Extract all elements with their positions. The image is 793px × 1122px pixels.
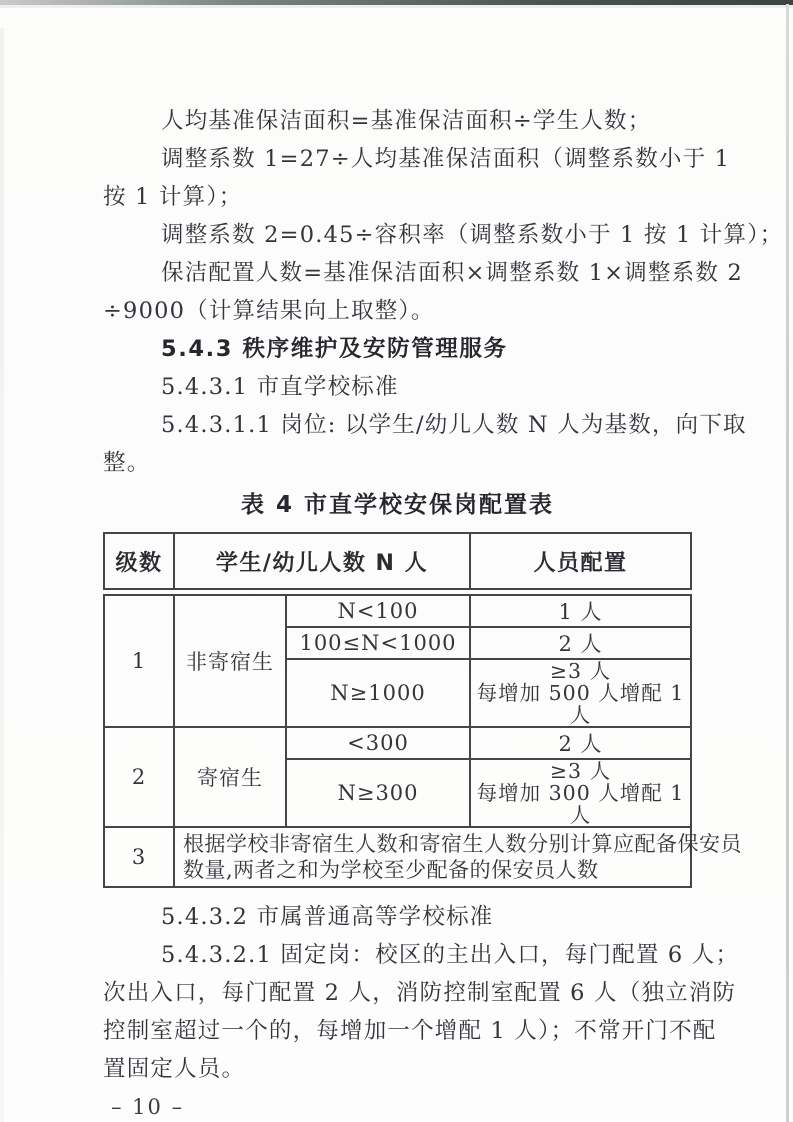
cell-range-r2c1: <300 [286, 727, 470, 759]
header-cell-staffing: 人员配置 [470, 533, 691, 589]
scan-top-highlight [0, 5, 793, 8]
scan-left-edge [0, 28, 4, 1122]
cell-staff-r2c1: 2 人 [470, 727, 691, 759]
formula-staffing-part1: 保洁配置人数=基准保洁面积×调整系数 1×调整系数 2 [103, 254, 692, 292]
security-staffing-table: 级数 学生/幼儿人数 N 人 人员配置 1 非寄宿生 N<100 1 人 100… [103, 532, 690, 888]
section-title-5432: 5.4.3.2 市属普通高等学校标准 [103, 898, 692, 936]
staff-min-line: ≥3 人 [471, 660, 690, 682]
cell-level-2: 2 [104, 727, 174, 827]
item-54311-line2: 整。 [103, 444, 692, 482]
header-cell-student-count: 学生/幼儿人数 N 人 [174, 533, 470, 589]
formula-staffing-part2: ÷9000（计算结果向上取整）。 [103, 292, 692, 330]
cell-level-3: 3 [104, 827, 174, 887]
scan-right-edge [786, 4, 789, 1122]
cell-category-boarding: 寄宿生 [174, 727, 286, 827]
cell-staff-r1c2: 2 人 [470, 627, 691, 659]
cell-range-r2c2: N≥300 [286, 759, 470, 827]
staff-increment-line: 每增加 500 人增配 1 人 [471, 682, 690, 726]
cell-staff-r1c1: 1 人 [470, 595, 691, 627]
item-54321-line4: 置固定人员。 [103, 1050, 692, 1088]
table4-title: 表 4 市直学校安保岗配置表 [103, 486, 692, 524]
page-number: – 10 – [103, 1092, 692, 1122]
formula-coefficient2: 调整系数 2=0.45÷容积率（调整系数小于 1 按 1 计算）； [103, 216, 692, 254]
cell-level-1: 1 [104, 595, 174, 727]
note-line1: 根据学校非寄宿生人数和寄宿生人数分别计算应配备保安员 [183, 831, 684, 857]
table4-header: 级数 学生/幼儿人数 N 人 人员配置 [103, 532, 692, 590]
document-content: 人均基准保洁面积=基准保洁面积÷学生人数； 调整系数 1=27÷人均基准保洁面积… [103, 102, 692, 1122]
formula-coefficient1-part1: 调整系数 1=27÷人均基准保洁面积（调整系数小于 1 [103, 140, 692, 178]
item-54321-line2: 次出入口，每门配置 2 人，消防控制室配置 6 人（独立消防 [103, 974, 692, 1012]
item-54311-line1: 5.4.3.1.1 岗位: 以学生/幼儿人数 N 人为基数，向下取 [103, 406, 692, 444]
table4-body: 1 非寄宿生 N<100 1 人 100≤N<1000 2 人 N≥1000 ≥… [103, 594, 692, 888]
cell-staff-r1c3: ≥3 人 每增加 500 人增配 1 人 [470, 659, 691, 727]
cell-range-r1c3: N≥1000 [286, 659, 470, 727]
staff-min-line: ≥3 人 [471, 760, 690, 782]
cell-category-nonboarding: 非寄宿生 [174, 595, 286, 727]
cell-staff-r2c2: ≥3 人 每增加 300 人增配 1 人 [470, 759, 691, 827]
section-heading-543: 5.4.3 秩序维护及安防管理服务 [103, 330, 692, 368]
item-54321-line3: 控制室超过一个的，每增加一个增配 1 人）；不常开门不配 [103, 1012, 692, 1050]
cell-range-r1c1: N<100 [286, 595, 470, 627]
section-title-5431: 5.4.3.1 市直学校标准 [103, 368, 692, 406]
header-cell-level: 级数 [104, 533, 174, 589]
formula-coefficient1-part2: 按 1 计算）； [103, 178, 692, 216]
item-54321-line1: 5.4.3.2.1 固定岗：校区的主出入口，每门配置 6 人； [103, 936, 692, 974]
note-line2: 数量,两者之和为学校至少配备的保安员人数 [183, 857, 684, 883]
scanned-page: 人均基准保洁面积=基准保洁面积÷学生人数； 调整系数 1=27÷人均基准保洁面积… [0, 0, 793, 1122]
staff-increment-line: 每增加 300 人增配 1 人 [471, 782, 690, 826]
cell-range-r1c2: 100≤N<1000 [286, 627, 470, 659]
cell-note-level-3: 根据学校非寄宿生人数和寄宿生人数分别计算应配备保安员 数量,两者之和为学校至少配… [174, 827, 691, 887]
formula-cleaning-area: 人均基准保洁面积=基准保洁面积÷学生人数； [103, 102, 692, 140]
